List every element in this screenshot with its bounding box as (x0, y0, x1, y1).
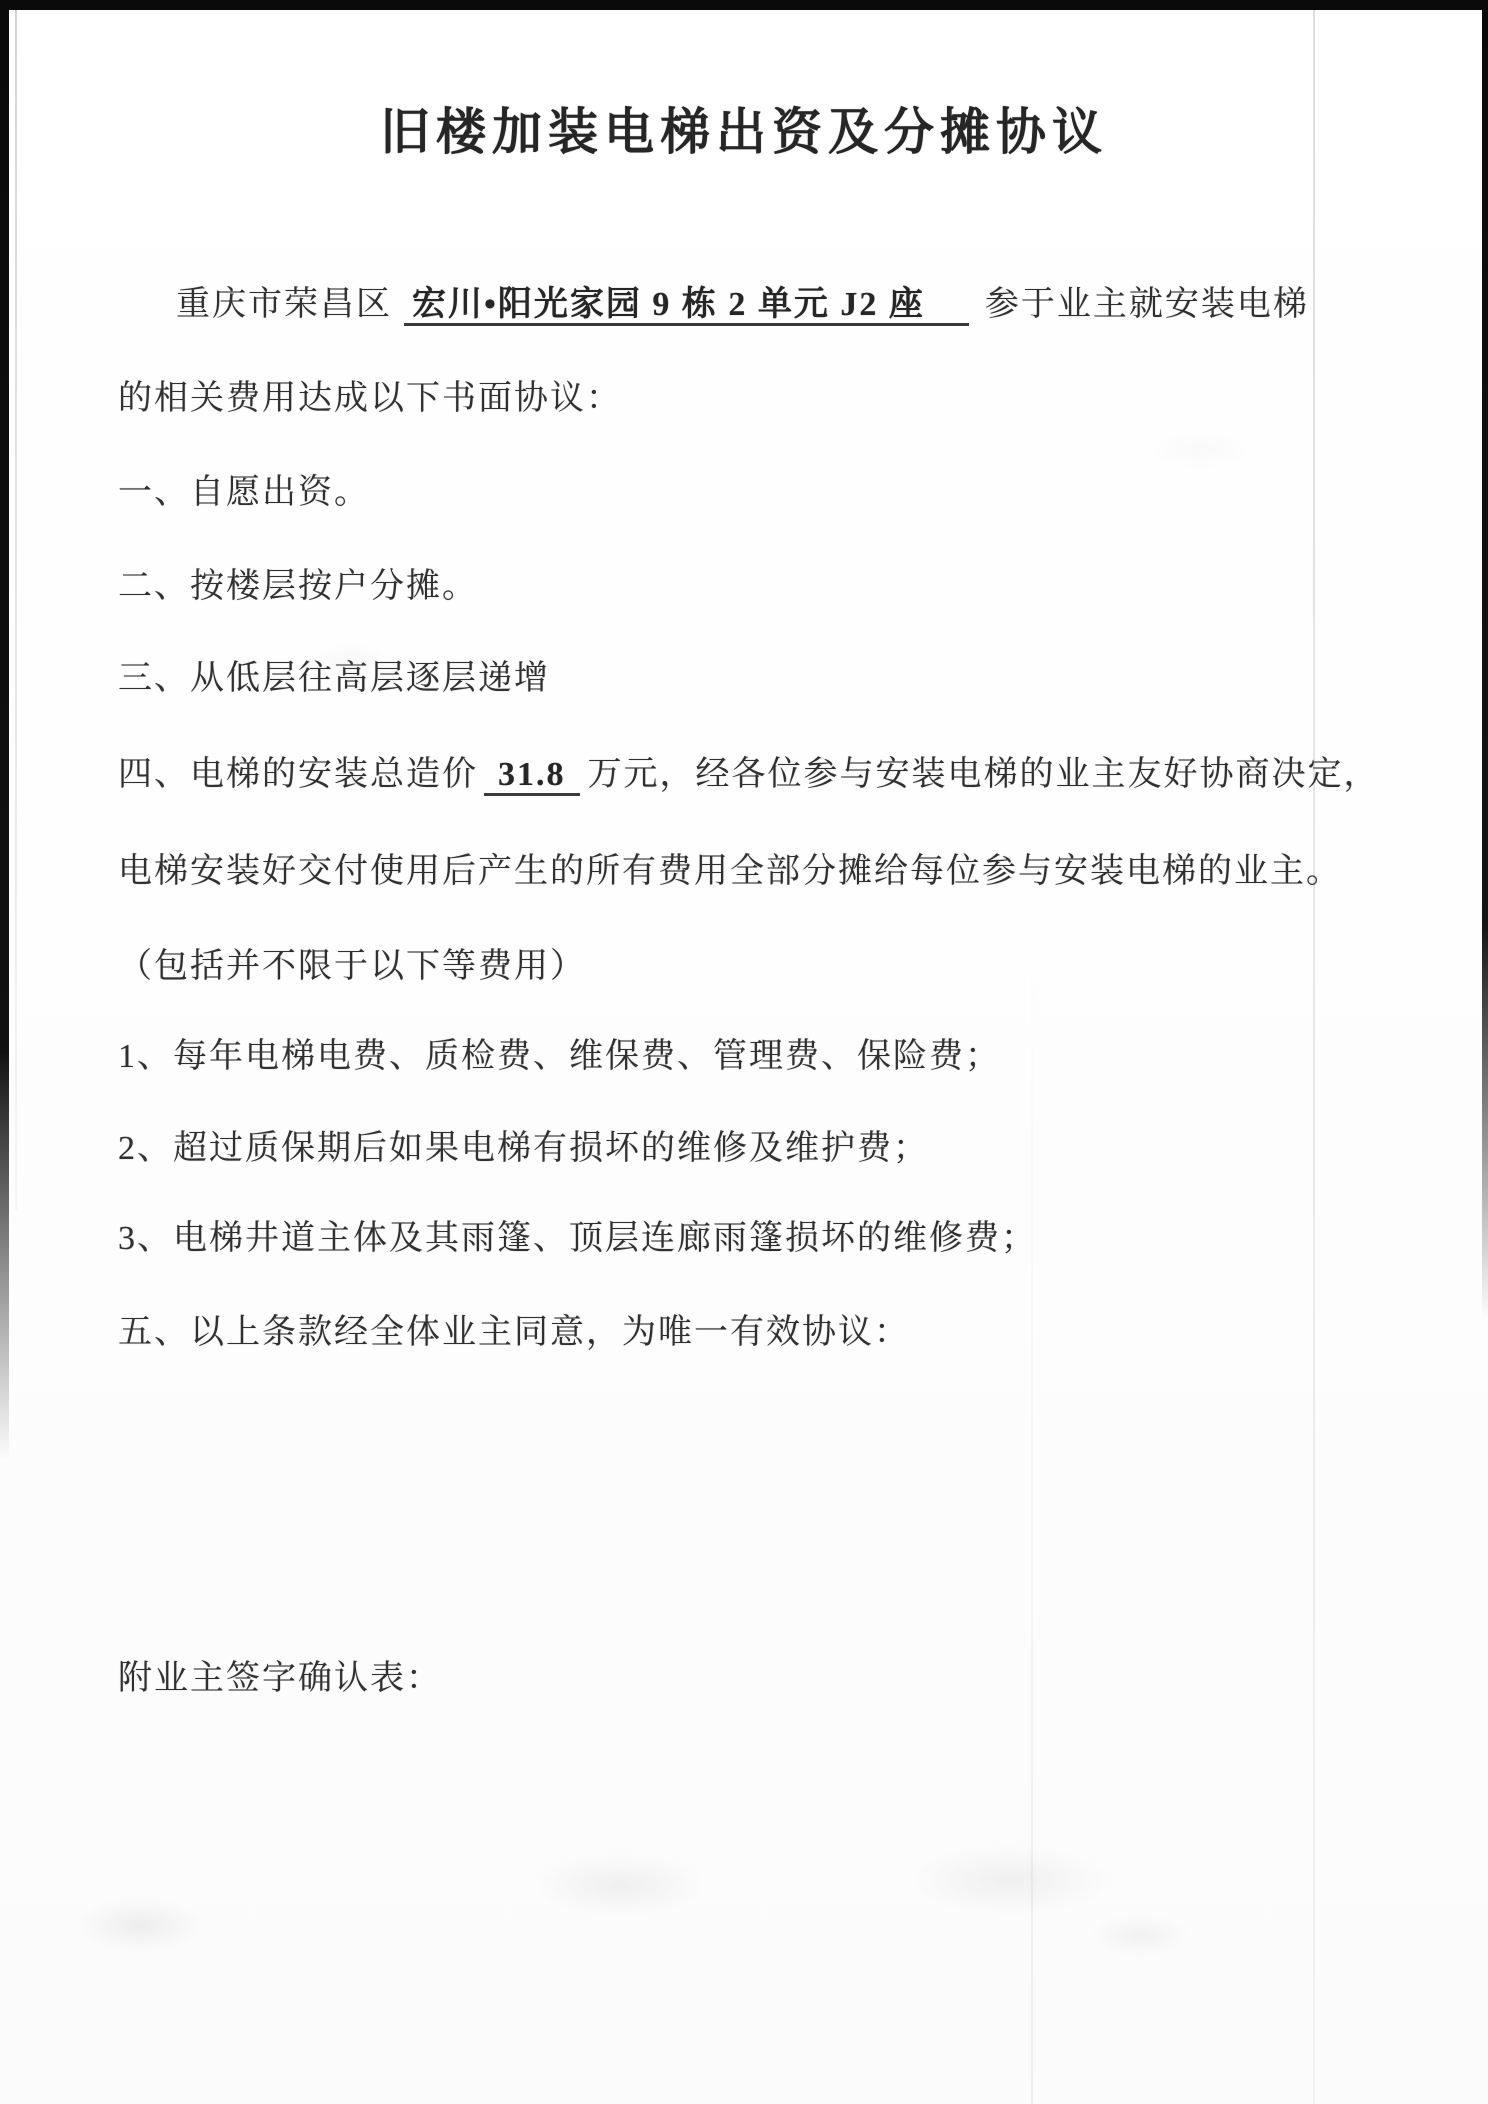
fee-item-2: 2、超过质保期后如果电梯有损坏的维修及维护费； (118, 1120, 929, 1169)
clause-five: 五、以上条款经全体业主同意，为唯一有效协议： (118, 1304, 910, 1353)
signature-table-note: 附业主签字确认表： (118, 1650, 442, 1699)
intro-line-1: 重庆市荣昌区宏川•阳光家园 9 栋 2 单元 J2 座参于业主就安装电梯 (176, 276, 1309, 325)
scanned-agreement-page: 旧楼加装电梯出资及分摊协议 重庆市荣昌区宏川•阳光家园 9 栋 2 单元 J2 … (0, 0, 1488, 2104)
document-title: 旧楼加装电梯出资及分摊协议 (0, 92, 1488, 164)
scan-crease-line-inner (1031, 900, 1033, 2104)
intro-line-2: 的相关费用达成以下书面协议： (118, 370, 622, 419)
intro-suffix: 参于业主就安装电梯 (985, 286, 1309, 323)
clause-four-line-3: （包括并不限于以下等费用） (118, 938, 586, 987)
paper-edge-line (15, 10, 17, 1210)
intro-prefix: 重庆市荣昌区 (176, 286, 392, 323)
scan-edge-left (0, 0, 9, 1460)
clause-one: 一、自愿出资。 (118, 464, 370, 513)
clause-four-suffix: 万元，经各位参与安装电梯的业主友好协商决定， (588, 756, 1380, 793)
clause-three: 三、从低层往高层逐层递增 (118, 650, 550, 699)
clause-four-line-1: 四、电梯的安装总造价31.8万元，经各位参与安装电梯的业主友好协商决定， (118, 746, 1380, 795)
scan-edge-right (1482, 0, 1488, 1320)
fee-item-1: 1、每年电梯电费、质检费、维保费、管理费、保险费； (118, 1028, 1001, 1077)
fee-item-3: 3、电梯井道主体及其雨篷、顶层连廊雨篷损坏的维修费； (118, 1210, 1037, 1259)
address-blank-underlined: 宏川•阳光家园 9 栋 2 单元 J2 座 (404, 286, 969, 326)
scan-edge-top (0, 0, 1488, 10)
clause-four-line-2: 电梯安装好交付使用后产生的所有费用全部分摊给每位参与安装电梯的业主。 (118, 843, 1342, 892)
clause-two: 二、按楼层按户分摊。 (118, 558, 478, 607)
scan-crease-line-right (1313, 10, 1315, 2104)
total-cost-amount-underlined: 31.8 (484, 756, 580, 796)
clause-four-prefix: 四、电梯的安装总造价 (118, 756, 478, 793)
